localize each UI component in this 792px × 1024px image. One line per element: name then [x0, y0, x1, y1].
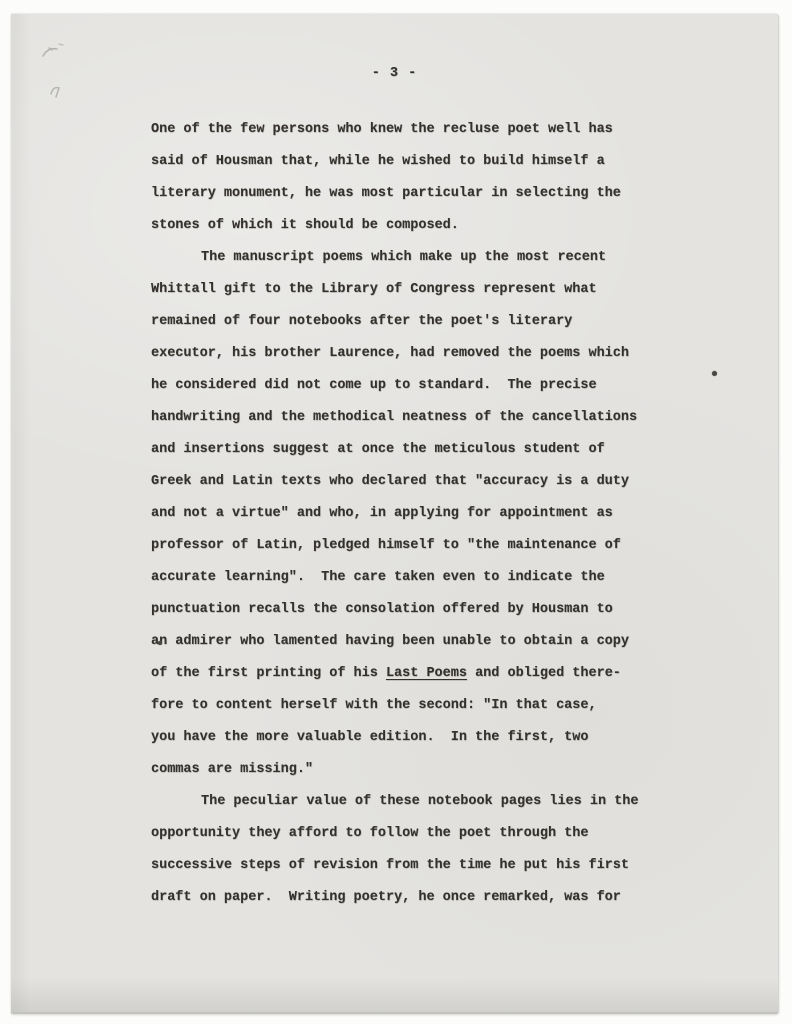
ink-speck-left-margin: [158, 641, 162, 645]
paragraph: One of the few persons who knew the recl…: [151, 114, 671, 242]
typescript-page: - 3 - One of the few persons who knew th…: [11, 13, 779, 1014]
text-line: handwriting and the methodical neatness …: [151, 402, 671, 434]
text-line: he considered did not come up to standar…: [151, 370, 671, 402]
text-line: commas are missing.": [151, 754, 671, 786]
text-line: and insertions suggest at once the metic…: [151, 434, 671, 466]
paragraph: The peculiar value of these notebook pag…: [151, 786, 671, 914]
text-line: punctuation recalls the consolation offe…: [151, 594, 671, 626]
text-line: draft on paper. Writing poetry, he once …: [151, 882, 671, 914]
text-segment: and obliged there-: [467, 666, 621, 681]
text-line: of the first printing of his Last Poems …: [151, 658, 671, 690]
text-line: accurate learning". The care taken even …: [151, 562, 671, 594]
text-line: successive steps of revision from the ti…: [151, 850, 671, 882]
text-line: stones of which it should be composed.: [151, 210, 671, 242]
paragraph: The manuscript poems which make up the m…: [151, 242, 671, 786]
text-line: One of the few persons who knew the recl…: [151, 114, 671, 146]
text-line: Whittall gift to the Library of Congress…: [151, 274, 671, 306]
text-line: fore to content herself with the second:…: [151, 690, 671, 722]
text-line: opportunity they afford to follow the po…: [151, 818, 671, 850]
text-line: an admirer who lamented having been unab…: [151, 626, 671, 658]
text-line: you have the more valuable edition. In t…: [151, 722, 671, 754]
underlined-book-title: Last Poems: [386, 666, 467, 681]
page-number: - 3 -: [11, 66, 778, 81]
text-segment: of the first printing of his: [151, 666, 386, 681]
text-line: executor, his brother Laurence, had remo…: [151, 338, 671, 370]
ink-speck-right-margin: [712, 371, 717, 376]
text-line: Greek and Latin texts who declared that …: [151, 466, 671, 498]
text-line: and not a virtue" and who, in applying f…: [151, 498, 671, 530]
text-line: professor of Latin, pledged himself to "…: [151, 530, 671, 562]
text-line: said of Housman that, while he wished to…: [151, 146, 671, 178]
text-line: The peculiar value of these notebook pag…: [151, 786, 671, 818]
text-line: remained of four notebooks after the poe…: [151, 306, 671, 338]
document-body: One of the few persons who knew the recl…: [151, 114, 671, 914]
text-line: The manuscript poems which make up the m…: [151, 242, 671, 274]
scanned-document: - 3 - One of the few persons who knew th…: [0, 0, 792, 1024]
text-line: literary monument, he was most particula…: [151, 178, 671, 210]
